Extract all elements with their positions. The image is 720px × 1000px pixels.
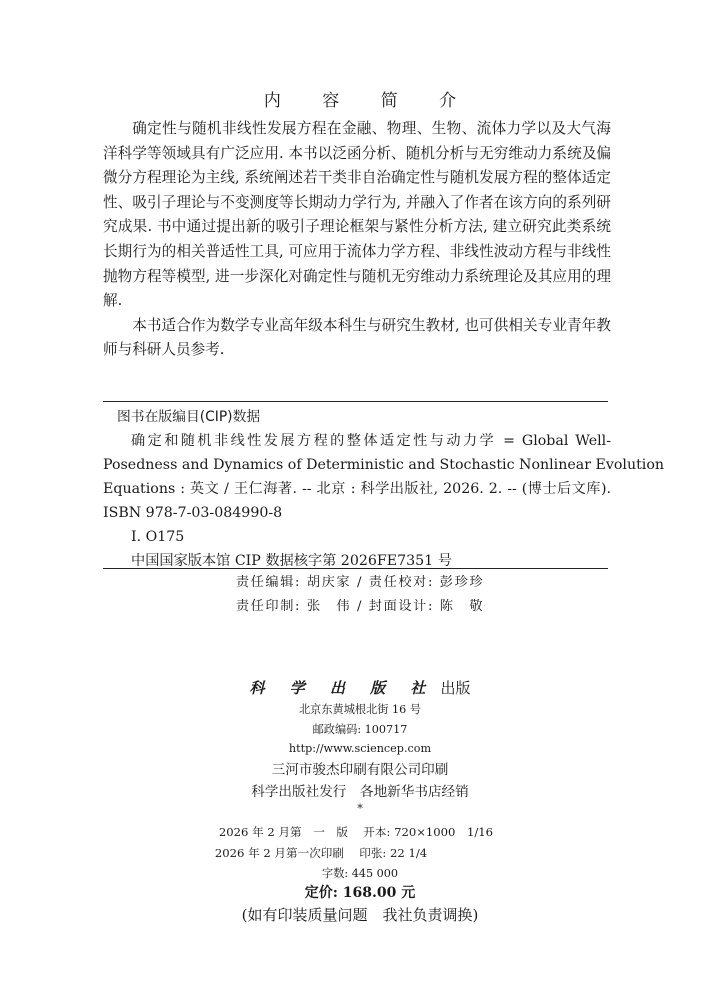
quality-notice: (如有印装质量问题 我社负责调换) [0, 904, 720, 926]
classification: I. O175 [103, 525, 611, 549]
page-title: 内 容 简 介 [0, 86, 720, 111]
separator-asterisk: * [0, 803, 720, 815]
cip-title-line: Equations : 英文 / 王仁海著. -- 北京 : 科学出版社, 20… [103, 477, 611, 501]
divider-bottom [103, 568, 608, 569]
credits-production: 责任印制: 张 伟 / 封面设计: 陈 敬 [0, 595, 720, 619]
introduction: 确定性与随机非线性发展方程在金融、物理、生物、流体力学以及大气海洋科学等领域具有… [103, 117, 611, 363]
isbn: ISBN 978-7-03-084990-8 [103, 501, 611, 525]
publisher-info: 科 学 出 版 社 出版 北京东黄城根北街 16 号 邮政编码: 100717 … [0, 676, 720, 926]
cip-block: 图书在版编目(CIP)数据 确定和随机非线性发展方程的整体适定性与动力学 = G… [103, 405, 611, 573]
distribution: 科学出版社发行 各地新华书店经销 [0, 781, 720, 803]
word-count: 字数: 445 000 [0, 864, 720, 884]
credits: 责任编辑: 胡庆家 / 责任校对: 彭珍珍 责任印制: 张 伟 / 封面设计: … [0, 571, 720, 619]
cip-number: 中国国家版本馆 CIP 数据核字第 2026FE7351 号 [103, 549, 611, 573]
credits-editors: 责任编辑: 胡庆家 / 责任校对: 彭珍珍 [0, 571, 720, 595]
printing-info: 2026 年 2 月第一次印刷 印张: 22 1/4 [215, 844, 427, 864]
cip-title-line: Posedness and Dynamics of Deterministic … [103, 453, 611, 477]
website-url: http://www.sciencep.com [0, 739, 720, 759]
edition-info: 2026 年 2 月第 一 版 开本: 720×1000 1/16 [219, 823, 493, 843]
cip-title-line: 确定和随机非线性发展方程的整体适定性与动力学 = Global Well- [103, 429, 611, 453]
publisher-suffix: 出版 [440, 679, 470, 697]
divider-top [103, 401, 608, 402]
address: 北京东黄城根北街 16 号 [0, 700, 720, 720]
postcode: 邮政编码: 100717 [0, 720, 720, 740]
intro-paragraph-1: 确定性与随机非线性发展方程在金融、物理、生物、流体力学以及大气海洋科学等领域具有… [103, 117, 611, 314]
price: 定价: 168.00 元 [0, 883, 720, 904]
printer: 三河市骏杰印刷有限公司印刷 [0, 759, 720, 781]
publisher-logo: 科 学 出 版 社 [250, 679, 436, 697]
intro-paragraph-2: 本书适合作为数学专业高年级本科生与研究生教材, 也可供相关专业青年教师与科研人员… [103, 314, 611, 363]
cip-heading: 图书在版编目(CIP)数据 [103, 405, 611, 429]
